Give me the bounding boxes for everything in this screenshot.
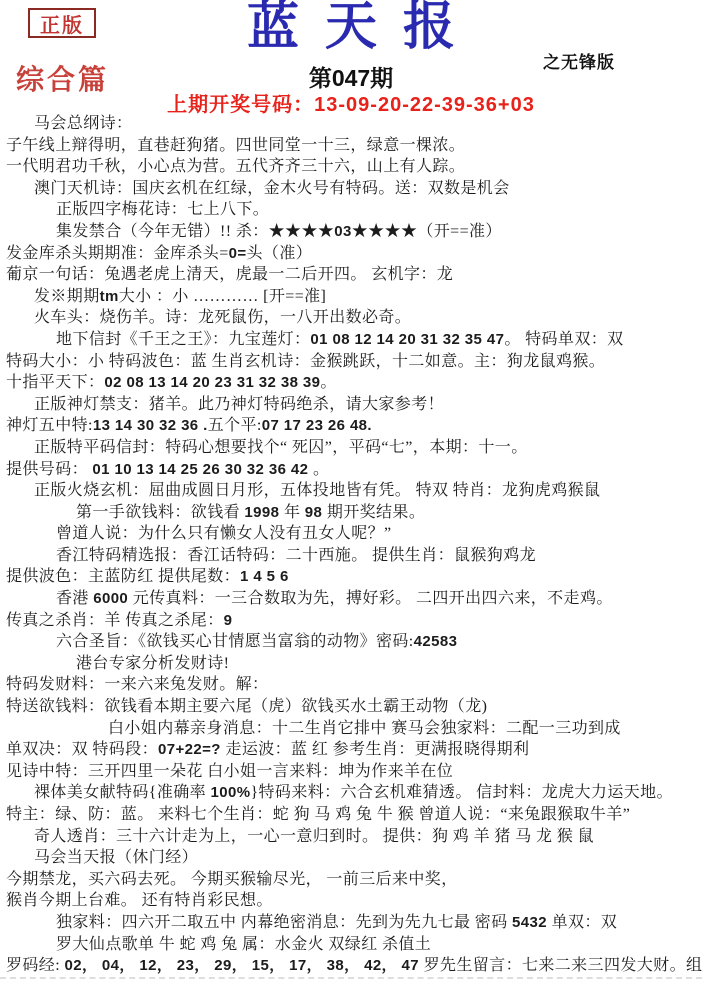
text-line: 奇人透肖：三十六计走为上，一心一意归到时。 提供：狗 鸡 羊 猪 马 龙 猴 鼠 — [0, 826, 698, 848]
text-line: 集发禁合（今年无错）!! 杀：★★★★03★★★★（开==准） — [0, 221, 698, 243]
text-line: 子午线上辩得明，直巷赶狗猪。四世同堂一十三，绿意一棵浓。 — [0, 135, 698, 157]
text-line: 澳门天机诗：国庆玄机在红绿，金木火号有特码。送：双数是机会 — [0, 178, 698, 200]
text-line: 裸体美女献特码{准确率 100%}特码来料：六合玄机难猜透。 信封料：龙虎大力运… — [0, 782, 698, 804]
text-line: 火车头：烧伤羊。诗：龙死鼠伤，一八开出数必奇。 — [0, 307, 698, 329]
text-line: 香江特码精选报：香江话特码：二十西施。 提供生肖：鼠猴狗鸡龙 — [0, 545, 698, 567]
text-line: 地下信封《千王之王》：九宝莲灯：01 08 12 14 20 31 32 35 … — [0, 329, 698, 351]
text-line: 发金库杀头期期准：金库杀头=0=头（准） — [0, 243, 698, 265]
text-line: 特送欲钱料：欲钱看本期主要六尾（虎）欲钱买水土霸王动物（龙) — [0, 696, 698, 718]
text-line: 罗码经: 02， 04， 12， 23， 29， 15， 17， 38， 42，… — [0, 955, 698, 977]
text-line: 正版特平码信封：特码心想要找个“ 死囚”，平码“七”，本期：十一。 — [0, 437, 698, 459]
text-line: 一代明君功千秋，小心点为营。五代齐齐三十六，山上有人踪。 — [0, 156, 698, 178]
text-line: 神灯五中特:13 14 30 32 36 .五个平:07 17 23 26 48… — [0, 415, 698, 437]
text-line: 提供波色：主蓝防红 提供尾数：1 4 5 6 — [0, 566, 698, 588]
text-line: 港台专家分析发财诗! — [0, 653, 698, 675]
text-line: 正版四字梅花诗：七上八下。 — [0, 199, 698, 221]
text-line: 曾道人说：为什么只有懒女人没有丑女人呢？” — [0, 523, 698, 545]
text-line: 独家料：四六开二取五中 内幕绝密消息：先到为先九七最 密码 5432 单双：双 — [0, 912, 698, 934]
text-line: 葡京一句话：兔遇老虎上清天，虎最一二后开四。 玄机字：龙 — [0, 264, 698, 286]
text-line: 特码发财料：一来六来兔发财。解： — [0, 674, 698, 696]
text-line: 提供号码： 01 10 13 14 25 26 30 32 36 42 。 — [0, 459, 698, 481]
text-line: 第一手欲钱料：欲钱看 1998 年 98 期开奖结果。 — [0, 502, 698, 524]
text-line: 十指平天下：02 08 13 14 20 23 31 32 38 39。 — [0, 372, 698, 394]
text-line: 六合圣旨：《欲钱买心甘情愿当富翁的动物》密码:42583 — [0, 631, 698, 653]
text-line: 发※期期tm大小 ：小 ………… [开==准] — [0, 286, 698, 308]
text-line: 马会当天报（休门经） — [0, 847, 698, 869]
text-line: 单双决：双 特码段：07+22=? 走运波：蓝 红 参考生肖：更满报晓得期利 — [0, 739, 698, 761]
newspaper-page: 正版 蓝天报 之无锋版 综合篇 第047期 上期开奖号码：13-09-20-22… — [0, 0, 702, 997]
text-line: 白小姐内幕亲身消息：十二生肖它排中 赛马会独家料：二配一三功到成 — [0, 718, 698, 740]
text-line: 今期禁龙，买六码去死。 今期买猴输尽光， 一前三后来中奖， — [0, 869, 698, 891]
text-line: 特码大小：小 特码波色：蓝 生肖玄机诗：金猴跳跃，十二如意。主：狗龙鼠鸡猴。 — [0, 351, 698, 373]
text-line: 马会总纲诗： — [0, 113, 698, 135]
text-line: 见诗中特：三开四里一朵花 白小姐一言来料：坤为作来羊在位 — [0, 761, 698, 783]
body-text-block: 马会总纲诗：子午线上辩得明，直巷赶狗猪。四世同堂一十三，绿意一棵浓。一代明君功千… — [0, 113, 698, 977]
text-line: 罗大仙点歌单 牛 蛇 鸡 兔 属：水金火 双绿红 杀值土 — [0, 934, 698, 956]
text-line: 特主：绿、防：蓝。 来料七个生肖：蛇 狗 马 鸡 兔 牛 猴 曾道人说：“来兔跟… — [0, 804, 698, 826]
text-line: 正版神灯禁支：猪羊。此乃神灯特码绝杀，请大家参考！ — [0, 394, 698, 416]
text-line: 香港 6000 元传真料：一三合数取为先，搏好彩。 二四开出四六来，不走鸡。 — [0, 588, 698, 610]
page-bottom-cut-divider — [0, 977, 702, 979]
text-line: 正版火烧玄机：屈曲成圆日月形，五体投地皆有凭。 特双 特肖：龙狗虎鸡猴鼠 — [0, 480, 698, 502]
text-line: 传真之杀肖：羊 传真之杀尾：9 — [0, 610, 698, 632]
text-line: 猴肖今期上台难。 还有特肖彩民想。 — [0, 890, 698, 912]
